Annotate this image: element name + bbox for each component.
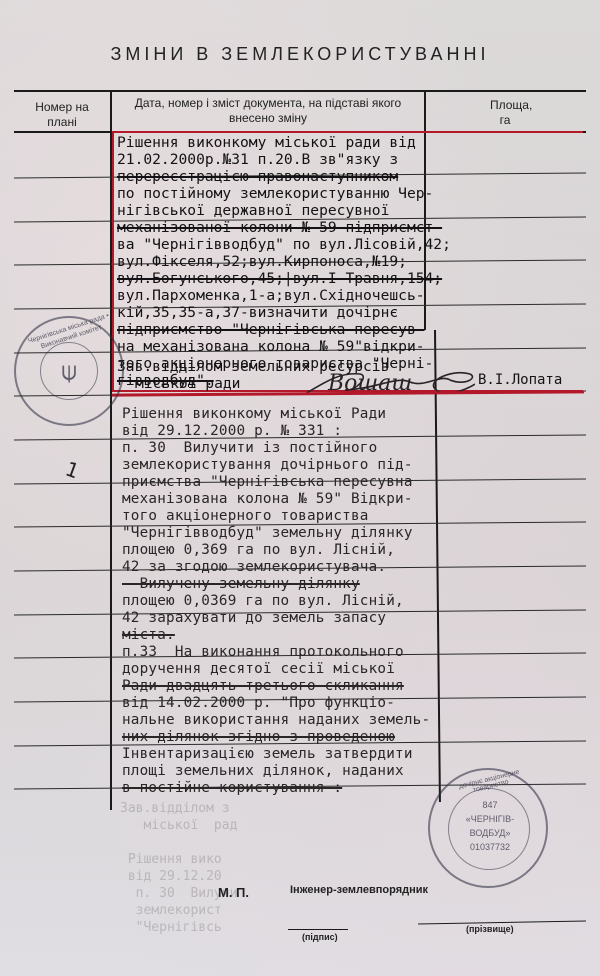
engineer-role: Інженер-землевпорядник	[290, 884, 428, 896]
typed-line: Вилучену земельну ділянку	[122, 576, 430, 593]
typed-line: від 14.02.2000 р. "Про функціо-	[122, 695, 430, 712]
typed-line: площею 0,369 га по вул. Лісній,	[122, 542, 430, 559]
typed-line: 42 зарахувати до земель запасу	[122, 610, 430, 627]
typed-line: площі земельних ділянок, наданих	[122, 763, 430, 780]
typed-line: доручення десятої сесії міської	[122, 661, 430, 678]
typed-line: по постійному землекористуванню Чер-	[117, 185, 451, 202]
signature-caption: (підпис)	[302, 932, 338, 942]
table-top-border	[14, 90, 586, 92]
plan-number-mark: 1	[62, 457, 82, 484]
typed-line: нальне використання наданих земель-	[122, 712, 430, 729]
typed-line: міста.	[122, 627, 430, 644]
typed-line: механізованої колони № 59 підприємст-	[117, 219, 451, 236]
typed-line: 42 за згодою землекористувача.	[122, 559, 430, 576]
typed-line: кій,35,35-а,37-визначити дочірнє	[117, 304, 451, 321]
typed-line: них ділянок згідно з проведеною	[122, 729, 430, 746]
typed-line: того акціонерного товариства	[122, 508, 430, 525]
signature-line	[288, 929, 348, 930]
entry-2-text: Рішення виконкому міської Радивід 29.12.…	[122, 406, 430, 797]
seal-label: М. П.	[218, 885, 249, 900]
bleed-through-text: Зав.відділом з міської рад Рішення вико …	[120, 800, 237, 936]
typed-line: Ради двадцять третього скликання	[122, 678, 430, 695]
typed-line: п. 30 Вилучити із постійного	[122, 440, 430, 457]
typed-line: землекористування дочірнього під-	[122, 457, 430, 474]
header-plan-number: Номер на плані	[22, 100, 102, 130]
signer-title-2: міської ради	[135, 375, 240, 392]
company-stamp: дочірнє акціонерне товариство 847 «ЧЕРНІ…	[428, 768, 548, 888]
trident-emblem-icon: ⍦	[52, 354, 86, 388]
typed-line: вул.Пархоменка,1-а;вул.Східночешсь-	[117, 287, 451, 304]
typed-line: в постійне користування :	[122, 780, 430, 797]
header-area: Площа, га	[490, 98, 520, 128]
typed-line: п.33 На виконання протокольного	[122, 644, 430, 661]
typed-line: ва "Чернігівводбуд" по вул.Лісовій,42;	[117, 236, 451, 253]
surname-caption: (прізвище)	[466, 924, 514, 934]
typed-line: підприємство "Чернігівська пересув-	[117, 321, 451, 338]
typed-line: 21.02.2000р.№31 п.20.В зв"язку з	[117, 151, 451, 168]
typed-line: нігівської державної пересувної	[117, 202, 451, 219]
typed-line: Рішення виконкому міської Ради	[122, 406, 430, 423]
typed-line: Рішення виконкому міської ради від	[117, 134, 451, 151]
typed-line: Інвентаризацією земель затвердити	[122, 746, 430, 763]
page-title: ЗМІНИ В ЗЕМЛЕКОРИСТУВАННІ	[0, 44, 600, 65]
typed-line: "Чернігівводбуд" земельну ділянку	[122, 525, 430, 542]
typed-line: площею 0,0369 га по вул. Лісній,	[122, 593, 430, 610]
typed-line: приємства "Чернігівська пересувна	[122, 474, 430, 491]
typed-line: вул.Богунського,45;|вул.І Травня,154;	[117, 270, 451, 287]
city-council-stamp: ⍦ Чернігівська міська рада • Виконавчий …	[14, 316, 124, 426]
signer-name: В.І.Лопата	[478, 372, 562, 389]
typed-line: перереєстрацією правонаступником	[117, 168, 451, 185]
typed-line: на механізована колона № 59"відкри-	[117, 338, 451, 355]
entry-1-text: Рішення виконкому міської ради від21.02.…	[117, 134, 451, 389]
typed-line: від 29.12.2000 р. № 331 :	[122, 423, 430, 440]
typed-line: вул.Фікселя,52;вул.Кирпоноса,№19;	[117, 253, 451, 270]
typed-line: механізована колона № 59" Відкри-	[122, 491, 430, 508]
header-document: Дата, номер і зміст документа, на підста…	[118, 96, 418, 126]
